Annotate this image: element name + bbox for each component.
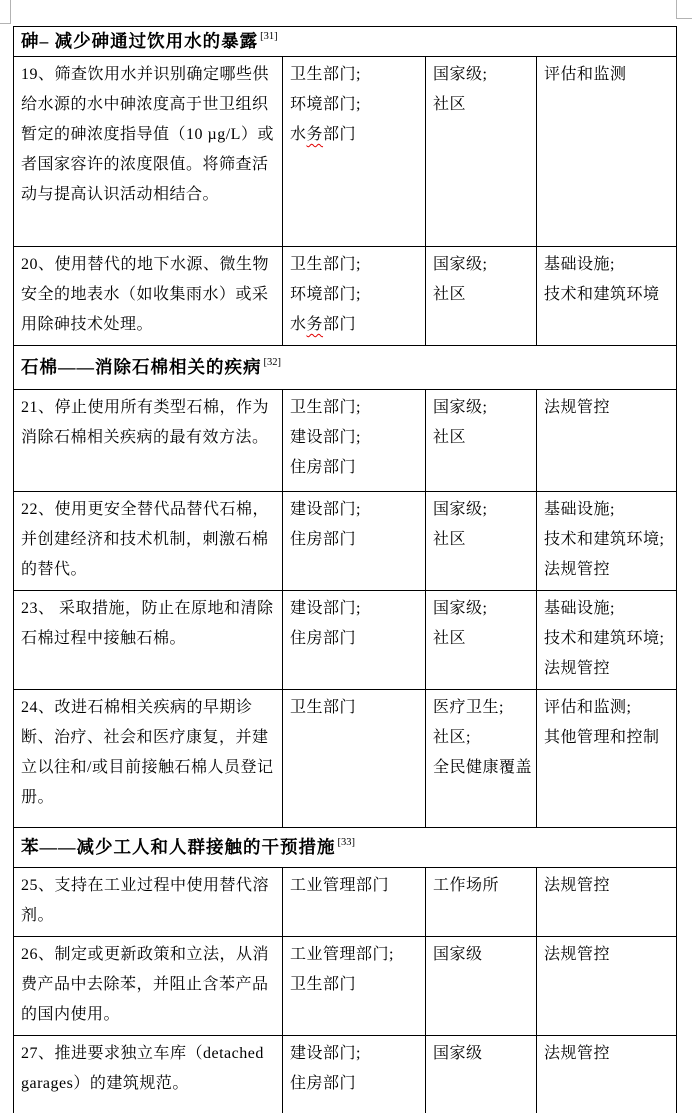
cell-line: 社区; <box>433 723 530 753</box>
footnote-reference: [31] <box>260 31 278 42</box>
section-title: 苯——减少工人和人群接触的干预措施 <box>21 837 336 857</box>
cell-line: 社区 <box>433 90 530 120</box>
cell-intervention: 27、推进要求独立车库（detached garages）的建筑规范。 <box>14 1036 283 1113</box>
cell-line: 社区 <box>433 423 530 453</box>
table-row: 20、使用替代的地下水源、微生物安全的地表水（如收集雨水）或采用除砷技术处理。卫… <box>14 247 677 346</box>
section-title: 砷– 减少砷通过饮用水的暴露 <box>21 31 258 51</box>
cell-responsible-departments: 卫生部门;环境部门;水务部门 <box>283 247 426 346</box>
intervention-text: 24、改进石棉相关疾病的早期诊断、治疗、社会和医疗康复，并建立以往和/或目前接触… <box>21 693 276 813</box>
cell-line: 卫生部门 <box>290 970 419 1000</box>
section-title: 石棉——消除石棉相关的疾病 <box>21 357 262 377</box>
table-row: 26、制定或更新政策和立法，从消费产品中去除苯，并阻止含苯产品的国内使用。工业管… <box>14 937 677 1036</box>
cell-intervention: 22、使用更安全替代品替代石棉，并创建经济和技术机制，刺激石棉的替代。 <box>14 492 283 591</box>
interventions-table: 砷– 减少砷通过饮用水的暴露[31]19、筛查饮用水并识别确定哪些供给水源的水中… <box>13 26 677 1113</box>
cell-line: 国家级; <box>433 594 530 624</box>
cell-intervention: 19、筛查饮用水并识别确定哪些供给水源的水中砷浓度高于世卫组织暂定的砷浓度指导值… <box>14 57 283 247</box>
cell-line: 卫生部门; <box>290 393 419 423</box>
cell-line: 国家级; <box>433 250 530 280</box>
cell-intervention-category: 基础设施;技术和建筑环境 <box>537 247 677 346</box>
intervention-text: 25、支持在工业过程中使用替代溶剂。 <box>21 871 276 931</box>
section-header-cell: 苯——减少工人和人群接触的干预措施[33] <box>14 828 677 868</box>
cell-responsible-departments: 卫生部门;环境部门;水务部门 <box>283 57 426 247</box>
cell-line: 全民健康覆盖 <box>433 753 530 783</box>
cell-intervention: 25、支持在工业过程中使用替代溶剂。 <box>14 868 283 937</box>
cell-responsible-departments: 建设部门;住房部门 <box>283 1036 426 1113</box>
cell-responsible-departments: 工业管理部门;卫生部门 <box>283 937 426 1036</box>
cell-line: 住房部门 <box>290 525 419 555</box>
cell-line: 建设部门; <box>290 495 419 525</box>
intervention-text: 27、推进要求独立车库（detached garages）的建筑规范。 <box>21 1039 276 1099</box>
cell-line: 环境部门; <box>290 90 419 120</box>
cell-line: 建设部门; <box>290 423 419 453</box>
cell-line: 环境部门; <box>290 280 419 310</box>
cell-intervention-category: 评估和监测;其他管理和控制 <box>537 690 677 828</box>
section-header-row: 石棉——消除石棉相关的疾病[32] <box>14 346 677 390</box>
cell-line: 评估和监测 <box>544 60 670 90</box>
cell-line: 水务部门 <box>290 310 419 340</box>
cell-line: 技术和建筑环境 <box>544 280 670 310</box>
section-header-row: 苯——减少工人和人群接触的干预措施[33] <box>14 828 677 868</box>
cell-intervention-category: 基础设施;技术和建筑环境;法规管控 <box>537 591 677 690</box>
section-header-cell: 石棉——消除石棉相关的疾病[32] <box>14 346 677 390</box>
cell-implementation-level: 医疗卫生;社区;全民健康覆盖 <box>426 690 537 828</box>
cell-implementation-level: 国家级;社区 <box>426 57 537 247</box>
cell-intervention-category: 法规管控 <box>537 390 677 492</box>
cell-line: 法规管控 <box>544 871 670 901</box>
intervention-text: 21、停止使用所有类型石棉，作为消除石棉相关疾病的最有效方法。 <box>21 393 276 453</box>
cell-intervention: 26、制定或更新政策和立法，从消费产品中去除苯，并阻止含苯产品的国内使用。 <box>14 937 283 1036</box>
cell-line: 其他管理和控制 <box>544 723 670 753</box>
intervention-text: 26、制定或更新政策和立法，从消费产品中去除苯，并阻止含苯产品的国内使用。 <box>21 940 276 1030</box>
cell-responsible-departments: 建设部门;住房部门 <box>283 492 426 591</box>
footnote-reference: [32] <box>264 357 282 368</box>
cell-line: 国家级 <box>433 940 530 970</box>
cell-implementation-level: 国家级 <box>426 937 537 1036</box>
table-row: 23、 采取措施，防止在原地和清除石棉过程中接触石棉。建设部门;住房部门国家级;… <box>14 591 677 690</box>
intervention-text: 19、筛查饮用水并识别确定哪些供给水源的水中砷浓度高于世卫组织暂定的砷浓度指导值… <box>21 60 276 210</box>
cell-line: 卫生部门 <box>290 693 419 723</box>
cell-line: 国家级; <box>433 393 530 423</box>
cell-line: 国家级; <box>433 495 530 525</box>
cell-line: 法规管控 <box>544 1039 670 1069</box>
cell-line: 住房部门 <box>290 453 419 483</box>
cell-implementation-level: 国家级;社区 <box>426 247 537 346</box>
cell-line: 基础设施; <box>544 495 670 525</box>
cell-implementation-level: 国家级;社区 <box>426 591 537 690</box>
table-row: 22、使用更安全替代品替代石棉，并创建经济和技术机制，刺激石棉的替代。建设部门;… <box>14 492 677 591</box>
cell-implementation-level: 国家级;社区 <box>426 492 537 591</box>
table-row: 24、改进石棉相关疾病的早期诊断、治疗、社会和医疗康复，并建立以往和/或目前接触… <box>14 690 677 828</box>
table-row: 21、停止使用所有类型石棉，作为消除石棉相关疾病的最有效方法。卫生部门;建设部门… <box>14 390 677 492</box>
cell-intervention-category: 法规管控 <box>537 937 677 1036</box>
cell-line: 法规管控 <box>544 654 670 684</box>
cell-intervention-category: 法规管控 <box>537 868 677 937</box>
cell-line: 建设部门; <box>290 1039 419 1069</box>
intervention-text: 22、使用更安全替代品替代石棉，并创建经济和技术机制，刺激石棉的替代。 <box>21 495 276 585</box>
table-remnant-line-left-vertical <box>10 0 11 23</box>
cell-line: 基础设施; <box>544 250 670 280</box>
cell-line: 社区 <box>433 624 530 654</box>
cell-responsible-departments: 卫生部门 <box>283 690 426 828</box>
cell-intervention: 24、改进石棉相关疾病的早期诊断、治疗、社会和医疗康复，并建立以往和/或目前接触… <box>14 690 283 828</box>
cell-line: 法规管控 <box>544 940 670 970</box>
table-row: 25、支持在工业过程中使用替代溶剂。工业管理部门工作场所法规管控 <box>14 868 677 937</box>
cell-intervention-category: 评估和监测 <box>537 57 677 247</box>
cell-intervention: 21、停止使用所有类型石棉，作为消除石棉相关疾病的最有效方法。 <box>14 390 283 492</box>
cell-line: 国家级 <box>433 1039 530 1069</box>
table-remnant-line-right-horizontal <box>676 18 692 19</box>
cell-implementation-level: 国家级;社区 <box>426 390 537 492</box>
cell-line: 卫生部门; <box>290 250 419 280</box>
cell-line: 国家级; <box>433 60 530 90</box>
cell-line: 工业管理部门; <box>290 940 419 970</box>
cell-intervention: 23、 采取措施，防止在原地和清除石棉过程中接触石棉。 <box>14 591 283 690</box>
table-remnant-line-right-vertical <box>676 0 677 18</box>
cell-line: 住房部门 <box>290 624 419 654</box>
cell-line: 水务部门 <box>290 120 419 150</box>
intervention-text: 20、使用替代的地下水源、微生物安全的地表水（如收集雨水）或采用除砷技术处理。 <box>21 250 276 340</box>
spellcheck-underline: 务 <box>307 126 324 143</box>
section-header-cell: 砷– 减少砷通过饮用水的暴露[31] <box>14 27 677 57</box>
table-row: 27、推进要求独立车库（detached garages）的建筑规范。建设部门;… <box>14 1036 677 1113</box>
cell-responsible-departments: 建设部门;住房部门 <box>283 591 426 690</box>
cell-responsible-departments: 卫生部门;建设部门;住房部门 <box>283 390 426 492</box>
cell-line: 社区 <box>433 525 530 555</box>
section-header-row: 砷– 减少砷通过饮用水的暴露[31] <box>14 27 677 57</box>
cell-intervention: 20、使用替代的地下水源、微生物安全的地表水（如收集雨水）或采用除砷技术处理。 <box>14 247 283 346</box>
cell-line: 住房部门 <box>290 1069 419 1099</box>
footnote-reference: [33] <box>338 837 356 848</box>
cell-line: 工作场所 <box>433 871 530 901</box>
cell-line: 建设部门; <box>290 594 419 624</box>
cell-line: 卫生部门; <box>290 60 419 90</box>
cell-line: 法规管控 <box>544 393 670 423</box>
cell-line: 社区 <box>433 280 530 310</box>
cell-intervention-category: 基础设施;技术和建筑环境;法规管控 <box>537 492 677 591</box>
cell-line: 医疗卫生; <box>433 693 530 723</box>
cell-line: 技术和建筑环境; <box>544 525 670 555</box>
intervention-text: 23、 采取措施，防止在原地和清除石棉过程中接触石棉。 <box>21 594 276 654</box>
cell-line: 法规管控 <box>544 555 670 585</box>
cell-line: 技术和建筑环境; <box>544 624 670 654</box>
cell-line: 基础设施; <box>544 594 670 624</box>
cell-responsible-departments: 工业管理部门 <box>283 868 426 937</box>
cell-intervention-category: 法规管控 <box>537 1036 677 1113</box>
cell-line: 工业管理部门 <box>290 871 419 901</box>
table-row: 19、筛查饮用水并识别确定哪些供给水源的水中砷浓度高于世卫组织暂定的砷浓度指导值… <box>14 57 677 247</box>
spellcheck-underline: 务 <box>307 316 324 333</box>
cell-implementation-level: 工作场所 <box>426 868 537 937</box>
cell-implementation-level: 国家级 <box>426 1036 537 1113</box>
table-remnant-line-left-horizontal <box>0 23 11 24</box>
cell-line: 评估和监测; <box>544 693 670 723</box>
